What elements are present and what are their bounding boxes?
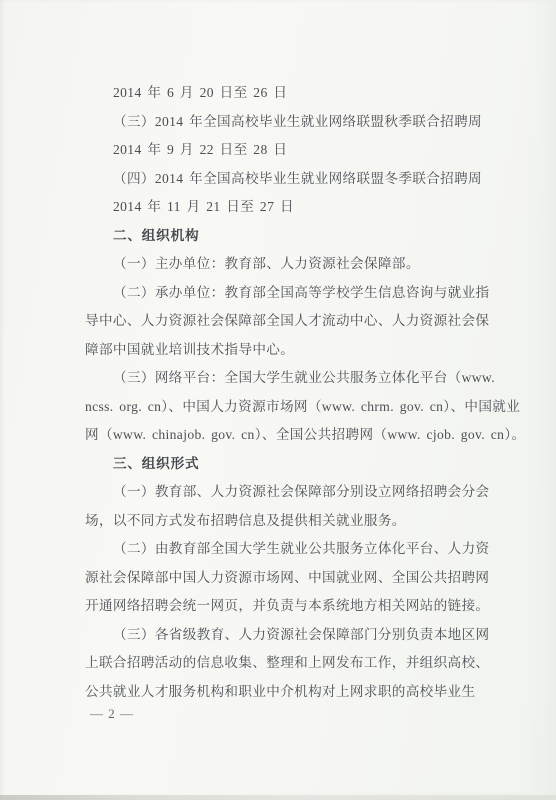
- heading-line: 二、组织机构: [85, 222, 525, 251]
- text-line: 2014 年 11 月 21 日至 27 日: [85, 193, 525, 222]
- scan-bottom-edge: [0, 795, 556, 800]
- text-line: 2014 年 9 月 22 日至 28 日: [85, 136, 525, 165]
- text-line: （四）2014 年全国高校毕业生就业网络联盟冬季联合招聘周: [85, 165, 525, 194]
- text-line: 网（www. chinajob. gov. cn）、全国公共招聘网（www. c…: [85, 421, 525, 450]
- text-line: （一）教育部、人力资源社会保障部分别设立网络招聘会分会: [85, 478, 525, 507]
- text-line: 导中心、人力资源社会保障部全国人才流动中心、人力资源社会保: [85, 307, 525, 336]
- text-line: （三）网络平台：全国大学生就业公共服务立体化平台（www.: [85, 364, 525, 393]
- page-number: — 2 —: [90, 706, 134, 722]
- text-line: （三）各省级教育、人力资源社会保障部门分别负责本地区网: [85, 621, 525, 650]
- document-text: 2014 年 6 月 20 日至 26 日（三）2014 年全国高校毕业生就业网…: [85, 79, 525, 706]
- heading-line: 三、组织形式: [85, 450, 525, 479]
- text-line: （二）承办单位：教育部全国高等学校学生信息咨询与就业指: [85, 279, 525, 308]
- text-line: 源社会保障部中国人力资源市场网、中国就业网、全国公共招聘网: [85, 564, 525, 593]
- text-line: 场，以不同方式发布招聘信息及提供相关就业服务。: [85, 507, 525, 536]
- text-line: 公共就业人才服务机构和职业中介机构对上网求职的高校毕业生: [85, 678, 525, 707]
- text-line: 上联合招聘活动的信息收集、整理和上网发布工作，并组织高校、: [85, 649, 525, 678]
- text-line: （一）主办单位：教育部、人力资源社会保障部。: [85, 250, 525, 279]
- text-line: 2014 年 6 月 20 日至 26 日: [85, 79, 525, 108]
- text-line: 障部中国就业培训技术指导中心。: [85, 336, 525, 365]
- text-line: ncss. org. cn）、中国人力资源市场网（www. chrm. gov.…: [85, 393, 525, 422]
- text-line: （三）2014 年全国高校毕业生就业网络联盟秋季联合招聘周: [85, 108, 525, 137]
- scan-right-fade: [526, 0, 556, 800]
- text-line: 开通网络招聘会统一网页，并负责与本系统地方相关网站的链接。: [85, 592, 525, 621]
- text-line: （二）由教育部全国大学生就业公共服务立体化平台、人力资: [85, 535, 525, 564]
- scanned-page: 2014 年 6 月 20 日至 26 日（三）2014 年全国高校毕业生就业网…: [0, 0, 556, 800]
